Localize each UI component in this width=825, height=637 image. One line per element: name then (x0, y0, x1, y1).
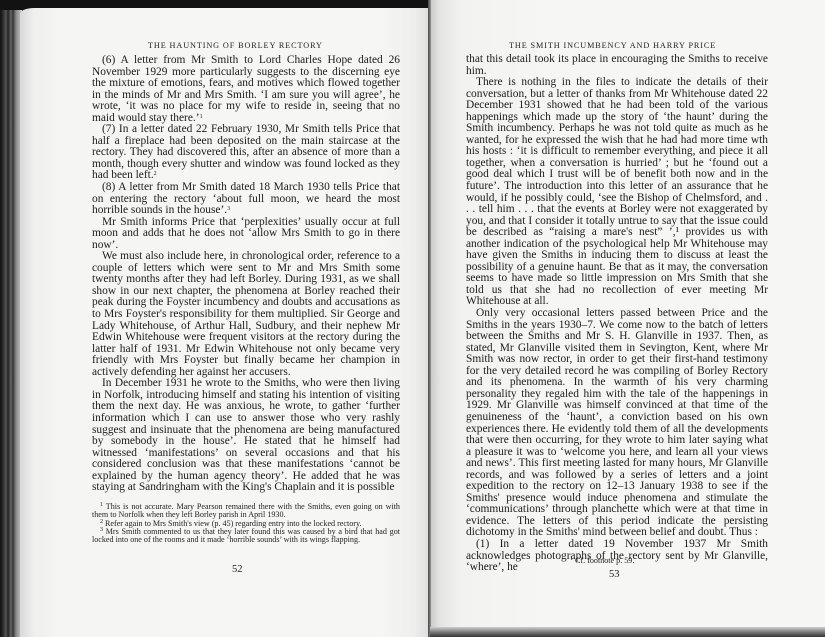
footnote-text: Cf. footnote p. 59. (575, 556, 634, 565)
footnote-ref: 2 (154, 171, 157, 177)
paragraph: We must also include here, in chronologi… (92, 251, 400, 378)
paragraph-text: Mr Smith informs Price that ‘perplexitie… (92, 216, 400, 251)
paragraph: (7) In a letter dated 22 February 1930, … (92, 124, 400, 182)
right-footnotes: 1 Cf. footnote p. 59. (570, 557, 690, 565)
footnote-mark: 1 (100, 502, 103, 508)
footnote-ref: 3 (227, 206, 230, 212)
paragraph: In December 1931 he wrote to the Smiths,… (92, 378, 400, 493)
paragraph: that this detail took its place in encou… (466, 54, 768, 77)
left-running-head: THE HAUNTING OF BORLEY RECTORY (148, 41, 323, 50)
right-page-body: that this detail took its place in encou… (466, 54, 768, 574)
footnote-ref: 1 (200, 114, 203, 120)
left-page-edges (0, 10, 22, 637)
right-page-bottom-edge (430, 627, 825, 637)
paragraph-text: In December 1931 he wrote to the Smiths,… (92, 377, 400, 493)
footnote-mark: 3 (100, 527, 103, 533)
paragraph-text: (8) A letter from Mr Smith dated 18 Marc… (92, 181, 400, 216)
paragraph: There is nothing in the files to indicat… (466, 77, 768, 308)
book-spine (428, 0, 431, 637)
paragraph-text: We must also include here, in chronologi… (92, 250, 400, 377)
left-page-body: (6) A letter from Mr Smith to Lord Charl… (92, 55, 400, 494)
paragraph: Mr Smith informs Price that ‘perplexitie… (92, 217, 400, 252)
paragraph: Only very occasional letters passed betw… (466, 308, 768, 539)
paragraph-text: (6) A letter from Mr Smith to Lord Charl… (92, 54, 400, 124)
paragraph: (6) A letter from Mr Smith to Lord Charl… (92, 55, 400, 124)
right-running-head: THE SMITH INCUMBENCY AND HARRY PRICE (509, 41, 716, 50)
footnote-text: Mrs Smith commented to us that they late… (92, 527, 400, 544)
footnote-mark: 2 (100, 519, 103, 525)
paragraph: (8) A letter from Mr Smith dated 18 Marc… (92, 182, 400, 217)
book-spread: THE HAUNTING OF BORLEY RECTORY (6) A let… (0, 0, 825, 637)
left-footnotes: 1 This is not accurate. Mary Pearson rem… (92, 503, 400, 544)
footnote: 1 Cf. footnote p. 59. (570, 557, 690, 565)
footnote: 3 Mrs Smith commented to us that they la… (92, 528, 400, 545)
footnote: 1 This is not accurate. Mary Pearson rem… (92, 503, 400, 520)
footnote-text: This is not accurate. Mary Pearson remai… (92, 502, 400, 519)
left-page-number: 52 (232, 564, 243, 575)
paragraph-text: (7) In a letter dated 22 February 1930, … (92, 123, 400, 181)
right-page-number: 53 (609, 569, 620, 580)
footnote-mark: 1 (570, 556, 573, 562)
